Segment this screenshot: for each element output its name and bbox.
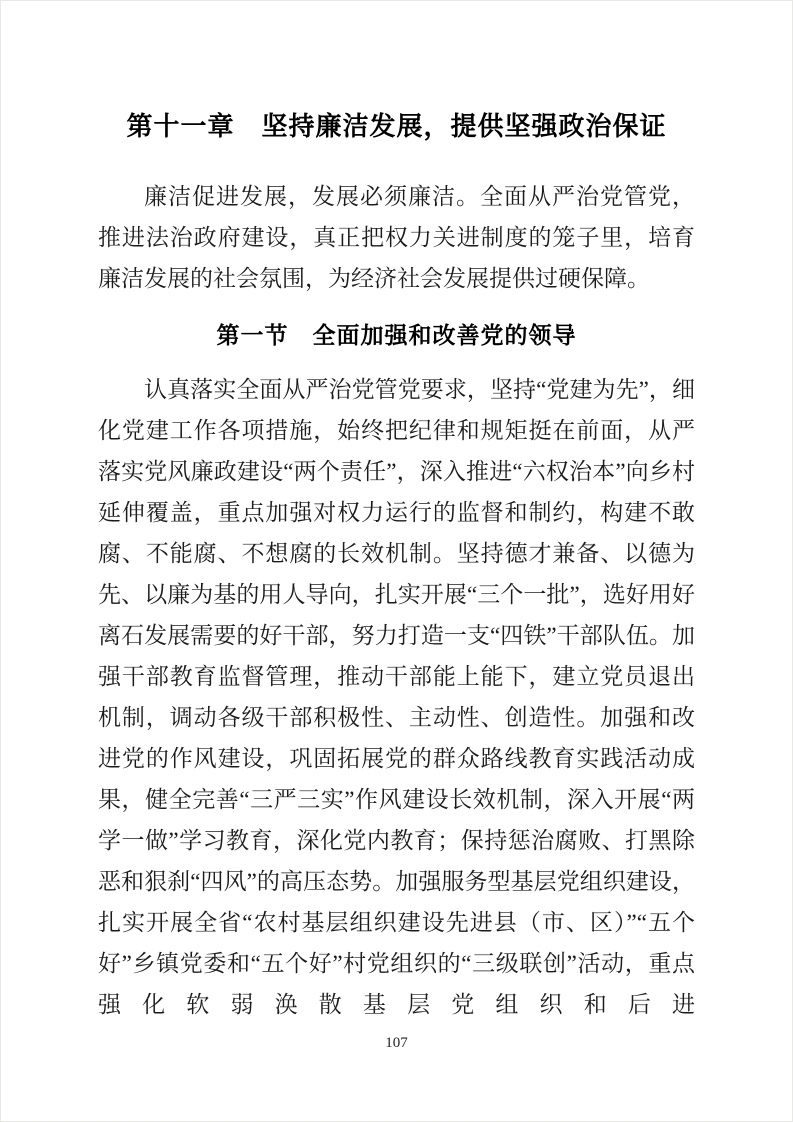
section-title: 第一节 全面加强和改善党的领导	[98, 316, 695, 356]
section-paragraph: 认真落实全面从严治党管党要求，坚持“党建为先”，细化党建工作各项措施，始终把纪律…	[98, 369, 695, 1025]
page-number: 107	[0, 1033, 793, 1053]
page-content: 第十一章 坚持廉洁发展，提供坚强政治保证 廉洁促进发展，发展必须廉洁。全面从严治…	[0, 0, 793, 1025]
intro-paragraph: 廉洁促进发展，发展必须廉洁。全面从严治党管党，推进法治政府建设，真正把权力关进制…	[98, 176, 695, 299]
document-page: 第十一章 坚持廉洁发展，提供坚强政治保证 廉洁促进发展，发展必须廉洁。全面从严治…	[0, 0, 793, 1122]
chapter-title: 第十一章 坚持廉洁发展，提供坚强政治保证	[98, 106, 695, 146]
